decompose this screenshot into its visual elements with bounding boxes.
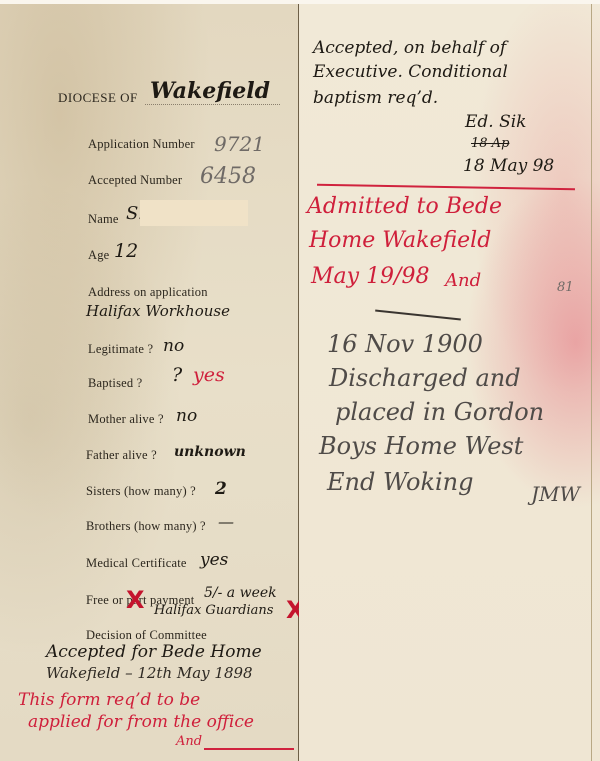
field-label-name: Name <box>88 212 119 227</box>
discharge-note-line3: placed in Gordon <box>335 398 544 426</box>
acceptance-note-line3: baptism req’d. <box>313 88 438 108</box>
admission-note-line1: Admitted to Bede <box>307 194 502 219</box>
field-value-decision-line1: Accepted for Bede Home <box>46 642 262 662</box>
field-value-legitimate: no <box>163 336 184 356</box>
field-value-payment-line2: Halifax Guardians <box>154 603 273 618</box>
field-value-application-number: 9721 <box>214 132 265 156</box>
form-page-right: Accepted, on behalf of Executive. Condit… <box>299 0 600 761</box>
acceptance-note-line1: Accepted, on behalf of <box>313 38 506 58</box>
name-redaction <box>140 200 248 226</box>
field-label-sisters: Sisters (how many) ? <box>86 484 196 499</box>
field-label-brothers: Brothers (how many) ? <box>86 519 206 534</box>
field-value-decision-line2: Wakefield – 12th May 1898 <box>46 664 253 682</box>
field-label-father-alive: Father alive ? <box>86 448 157 463</box>
field-value-mother-alive: no <box>176 406 197 426</box>
diocese-label: DIOCESE OF <box>58 90 138 106</box>
acceptance-note-line2: Executive. Conditional <box>313 62 508 82</box>
acceptance-date: 18 May 98 <box>463 156 554 176</box>
red-note-initials: And <box>176 734 202 749</box>
admission-note-line2: Home Wakefield <box>309 228 491 253</box>
field-label-medical-certificate: Medical Certificate <box>86 556 187 571</box>
field-value-address: Halifax Workhouse <box>86 302 230 320</box>
field-value-brothers: — <box>218 512 234 531</box>
field-label-mother-alive: Mother alive ? <box>88 412 164 427</box>
field-value-accepted-number: 6458 <box>200 164 256 189</box>
field-value-father-alive: unknown <box>174 444 246 460</box>
field-value-sisters: 2 <box>215 479 227 499</box>
discharge-note-line1: 16 Nov 1900 <box>327 330 483 358</box>
red-underline <box>204 748 294 750</box>
discharge-note-line4: Boys Home West <box>319 432 523 460</box>
red-x-mark-left: X <box>126 586 145 614</box>
field-label-legitimate: Legitimate ? <box>88 342 153 357</box>
diocese-dotted-line <box>145 104 280 105</box>
admission-note-line3: May 19/98 <box>311 264 429 289</box>
field-value-medical-certificate: yes <box>200 550 228 570</box>
admission-pencil-mark: 81 <box>557 280 574 295</box>
field-value-age: 12 <box>114 240 138 262</box>
admission-initials: And <box>445 270 481 291</box>
scan-top-edge <box>0 0 600 4</box>
field-label-age: Age <box>88 248 109 263</box>
acceptance-signature: Ed. Sik <box>465 112 526 132</box>
diocese-value: Wakefield <box>150 78 270 104</box>
field-label-accepted-number: Accepted Number <box>88 173 182 188</box>
field-value-baptised: ? <box>172 364 182 386</box>
discharge-initials: JMW <box>531 482 580 506</box>
black-divider-stroke <box>375 310 461 321</box>
discharge-note-line5: End Woking <box>327 468 474 496</box>
acceptance-struck-date: 18 Ap <box>471 136 509 151</box>
field-label-application-number: Application Number <box>88 137 195 152</box>
red-divider-line <box>317 184 575 191</box>
form-page-left: DIOCESE OF Wakefield Application Number … <box>0 0 299 761</box>
discharge-note-line2: Discharged and <box>329 364 521 392</box>
field-value-payment-line1: 5/- a week <box>204 585 277 601</box>
field-label-decision: Decision of Committee <box>86 628 207 643</box>
field-label-address: Address on application <box>88 285 208 300</box>
field-label-baptised: Baptised ? <box>88 376 142 391</box>
red-note-line2: applied for from the office <box>28 712 254 732</box>
red-note-line1: This form req’d to be <box>18 690 200 710</box>
field-correction-baptised: yes <box>193 364 225 386</box>
